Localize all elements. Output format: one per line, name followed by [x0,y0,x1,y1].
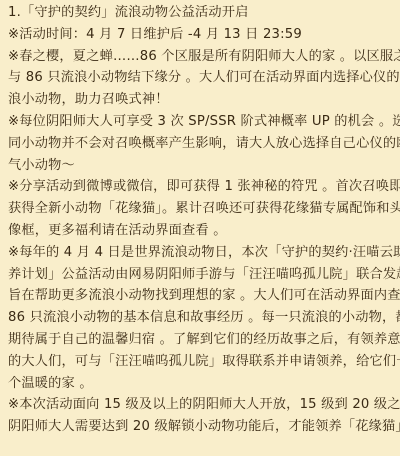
text-line: 像框，更多福利请在活动界面查看 。 [8,220,394,242]
announcement-document: 1.「守护的契约」流浪动物公益活动开启 ※活动时间：4 月 7 日维护后 -4 … [0,0,400,438]
text-line: ※春之樱，夏之蝉……86 个区服是所有阴阳师大人的家 。以区服之名， [8,46,394,68]
text-line: 个温暖的家 。 [8,373,394,395]
text-line: 期待属于自己的温馨归宿 。了解到它们的经历故事之后，有领养意愿 [8,329,394,351]
text-line: 阴阳师大人需要达到 20 级解锁小动物功能后，才能领养「花缘猫」。 [8,416,394,438]
text-line: ※每年的 4 月 4 日是世界流浪动物日，本次「守护的契约·汪喵云助 [8,242,394,264]
text-line: 养计划」公益活动由网易阴阳师手游与「汪汪喵呜孤儿院」联合发起， [8,264,394,286]
text-line: 86 只流浪小动物的基本信息和故事经历 。每一只流浪的小动物，都在 [8,307,394,329]
text-line: 获得全新小动物「花缘猫」。累计召唤还可获得花缘猫专属配饰和头 [8,198,394,220]
document-title: 1.「守护的契约」流浪动物公益活动开启 [8,2,394,24]
text-line: ※分享活动到微博或微信，即可获得 1 张神秘的符咒 。首次召唤即可 [8,176,394,198]
text-line: ※本次活动面向 15 级及以上的阴阳师大人开放，15 级到 20 级之间的 [8,394,394,416]
text-line: ※每位阴阳师大人可享受 3 次 SP/SSR 阶式神概率 UP 的机会 。选择不 [8,111,394,133]
text-line: 的大人们，可与「汪汪喵呜孤儿院」取得联系并申请领养，给它们一 [8,351,394,373]
text-line: 气小动物～ [8,155,394,177]
text-line: 浪小动物，助力召唤式神！ [8,89,394,111]
text-line: 与 86 只流浪小动物结下缘分 。大人们可在活动界面内选择心仪的流 [8,67,394,89]
event-time-line: ※活动时间：4 月 7 日维护后 -4 月 13 日 23:59 [8,24,394,46]
text-line: 旨在帮助更多流浪小动物找到理想的家 。大人们可在活动界面内查看 [8,285,394,307]
text-line: 同小动物并不会对召唤概率产生影响，请大人放心选择自己心仪的欧 [8,133,394,155]
